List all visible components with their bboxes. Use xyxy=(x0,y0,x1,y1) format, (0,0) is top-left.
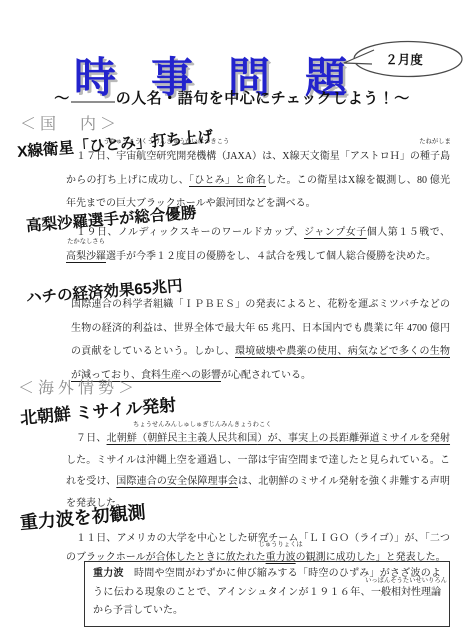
text-segment: 選手が今季１２度目の優勝をし、４試合を残して個人総合優勝を決めた。 xyxy=(106,251,436,262)
furigana: うちゅうこうくうけんきゅうかいはつきこう xyxy=(103,139,229,145)
text-segment: 種子島たねがしま xyxy=(420,145,450,169)
month-badge-label: ２月度 xyxy=(385,52,423,67)
underlined-term: ジャンプ女子 xyxy=(304,227,367,238)
text-segment: が心配されている。 xyxy=(221,370,311,381)
text-segment: 個人第１５戦で、 xyxy=(367,227,450,238)
furigana: いっぱんそうたいせいりろん xyxy=(365,578,447,584)
text-segment: からの打ち上げに成功し、 xyxy=(66,175,189,186)
underlined-term: 高梨沙羅たかなしさら xyxy=(66,245,106,269)
furigana: じゅうりょくは xyxy=(259,542,303,548)
text-segment: 宇宙航空研究開発機構うちゅうこうくうけんきゅうかいはつきこう xyxy=(116,145,216,169)
gravity-wave-note-box: 重力波 時間や空間がわずかに伸び縮みする「時空のひずみ」がさざ波のように伝わる現… xyxy=(84,561,450,627)
subtitle-blank-line xyxy=(71,88,115,103)
furigana: ちょうせんみんしゅしゅぎじんみんきょうわこく xyxy=(133,422,272,428)
text-segment: 一般相対性理論いっぱんそうたいせいりろん xyxy=(371,584,441,603)
text-segment: 重力波 xyxy=(93,568,124,579)
underlined-term: 「ひとみ」と命名 xyxy=(189,175,266,186)
subtitle-prefix: ～ xyxy=(54,90,70,107)
text-segment: ７日、 xyxy=(76,433,107,444)
text-segment: １７日、 xyxy=(76,151,116,162)
article-body-takanashi: １９日、ノルディックスキーのワールドカップ、ジャンプ女子個人第１５戦で、高梨沙羅… xyxy=(66,221,450,268)
worksheet-page: 時事問題 ２月度 ～の人名・語句を中心にチェックしよう！～ ＜国 内＞ X線衛星… xyxy=(0,0,464,640)
month-badge-balloon: ２月度 xyxy=(342,36,464,82)
underlined-term: 国際連合の安全保障理事会 xyxy=(116,476,238,487)
underlined-term: 北朝鮮（ xyxy=(107,433,148,444)
subtitle-suffix: の人名・語句を中心にチェックしよう！～ xyxy=(116,90,410,107)
furigana: たかなしさら xyxy=(67,239,105,245)
underlined-term: ）が、事実上の長距離弾道ミサイルを発射 xyxy=(257,433,450,444)
article-body-hitomi: １７日、宇宙航空研究開発機構うちゅうこうくうけんきゅうかいはつきこう（JAXA）… xyxy=(66,145,450,216)
underlined-term: 朝鮮民主主義人民共和国ちょうせんみんしゅしゅぎじんみんきょうわこく xyxy=(147,428,257,450)
text-segment: １９日、ノルディックスキーのワールドカップ、 xyxy=(76,227,304,238)
subtitle: ～の人名・語句を中心にチェックしよう！～ xyxy=(0,87,464,108)
text-segment: から予言していた。 xyxy=(93,605,183,616)
article-body-bees: 国際連合の科学者組織「ＩＰＢＥＳ」の発表によると、花粉を運ぶミツバチなどの生物の… xyxy=(71,293,450,387)
section-label-domestic: ＜国 内＞ xyxy=(20,111,120,134)
text-segment: （JAXA）は、X線天文衛星「アストロＨ」の xyxy=(216,151,420,162)
furigana: たねがしま xyxy=(419,139,450,145)
